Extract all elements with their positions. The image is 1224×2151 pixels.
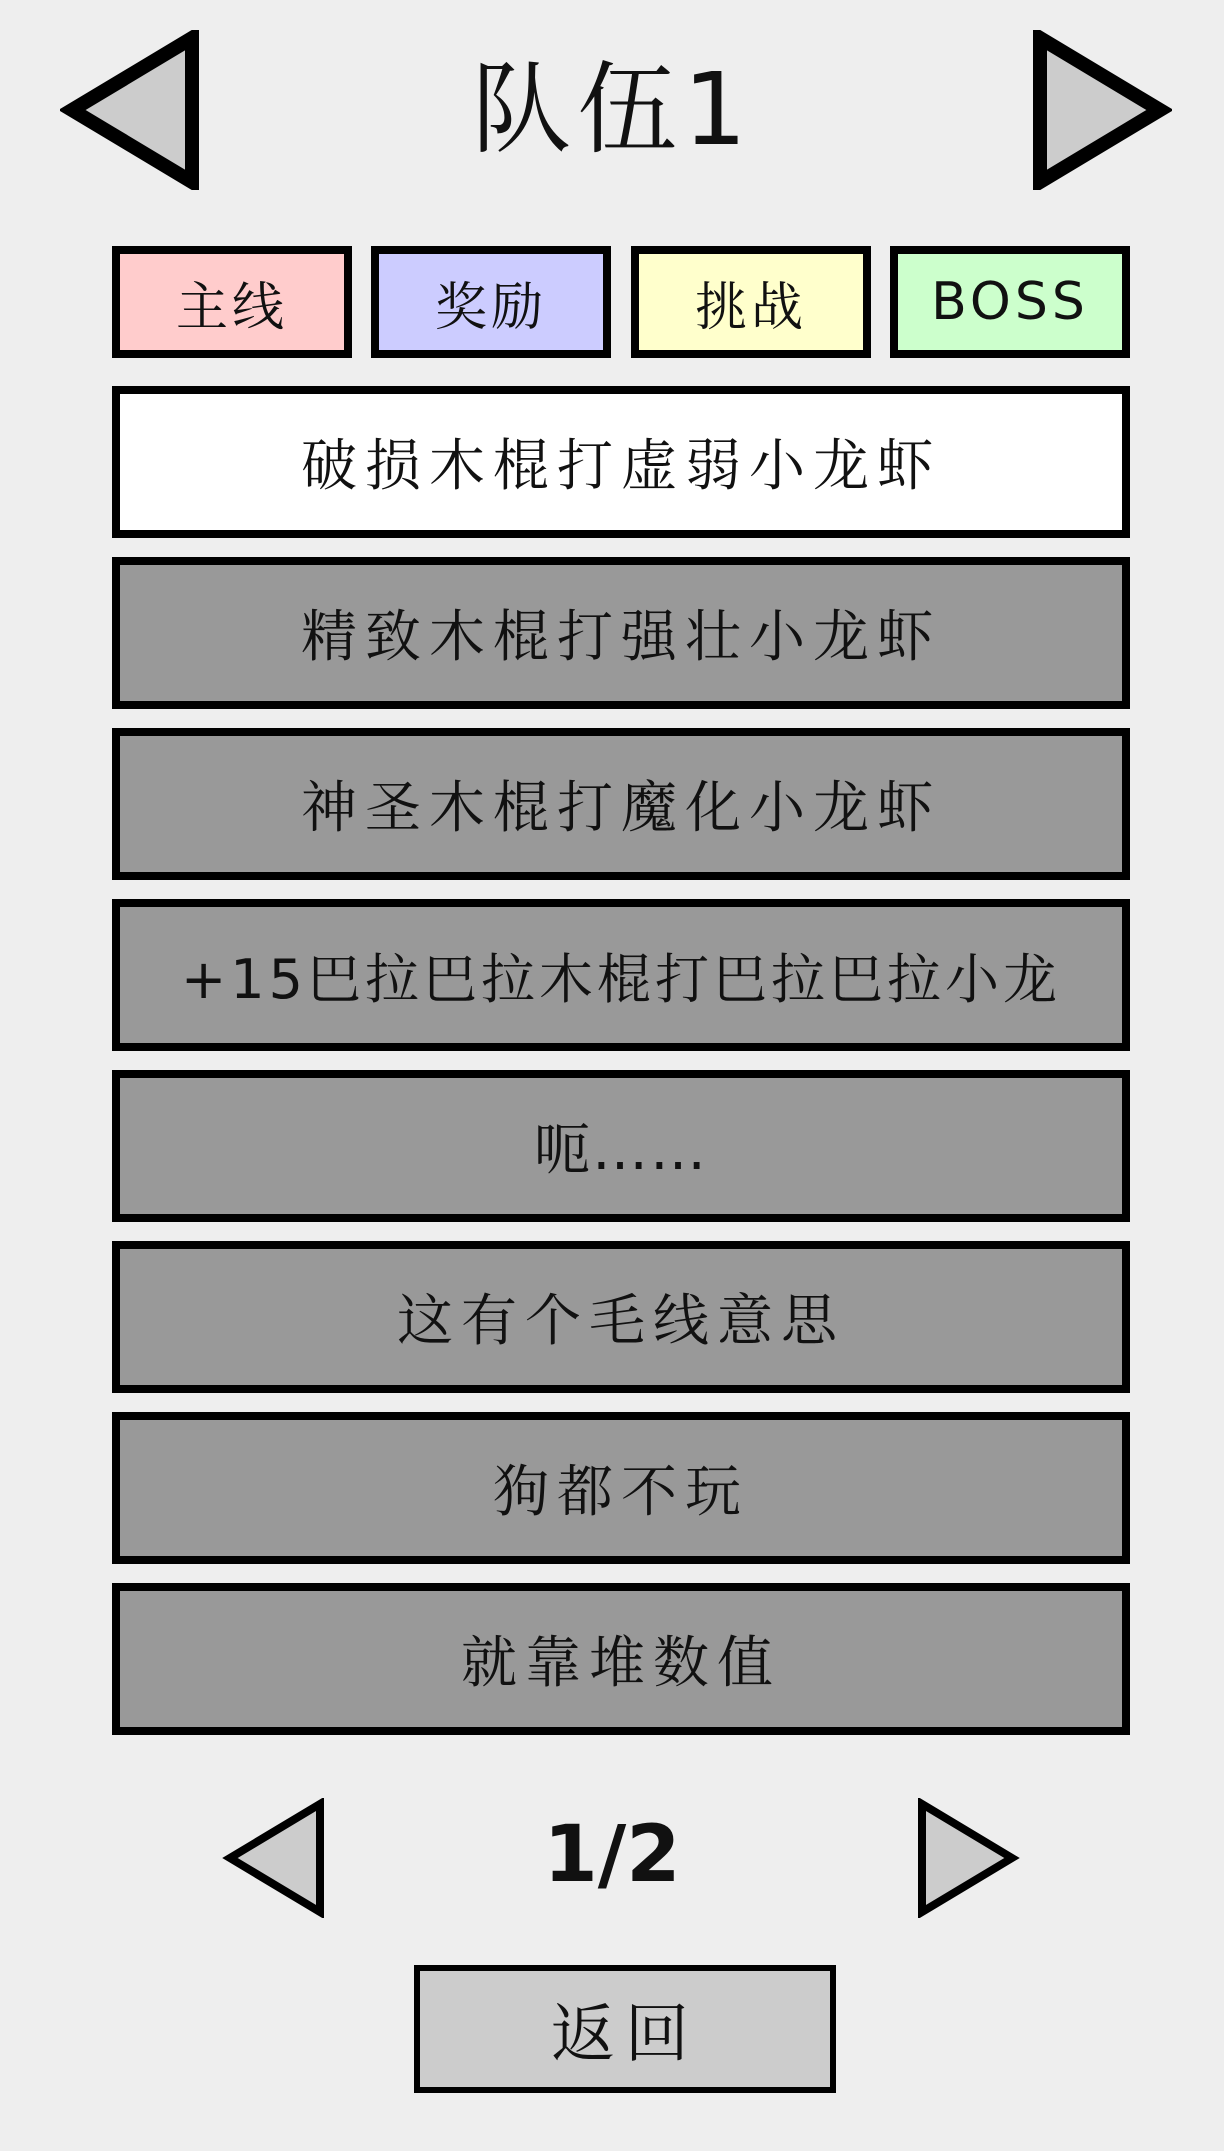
level-item[interactable]: 精致木棍打强壮小龙虾 [112,557,1130,709]
triangle-left-icon [222,1798,328,1918]
level-item[interactable]: 这有个毛线意思 [112,1241,1130,1393]
triangle-right-icon [914,1798,1020,1918]
tab-main[interactable]: 主线 [112,246,352,358]
level-item[interactable]: 破损木棍打虚弱小龙虾 [112,386,1130,538]
team-title: 队伍1 [300,40,924,180]
level-item[interactable]: +15巴拉巴拉木棍打巴拉巴拉小龙 [112,899,1130,1051]
tab-challenge[interactable]: 挑战 [631,246,871,358]
prev-team-button[interactable] [60,30,202,190]
tab-boss[interactable]: BOSS [890,246,1130,358]
back-button[interactable]: 返回 [414,1965,836,2093]
page-indicator: 1/2 [512,1800,712,1910]
triangle-right-icon [1030,30,1172,190]
category-tabs: 主线 奖励 挑战 BOSS [112,246,1130,358]
next-page-button[interactable] [914,1798,1020,1918]
level-item[interactable]: 神圣木棍打魔化小龙虾 [112,728,1130,880]
header: 队伍1 [0,0,1224,210]
pagination: 1/2 [0,1790,1224,1920]
level-item[interactable]: 呃…… [112,1070,1130,1222]
prev-page-button[interactable] [222,1798,328,1918]
level-item[interactable]: 狗都不玩 [112,1412,1130,1564]
next-team-button[interactable] [1030,30,1172,190]
triangle-left-icon [60,30,202,190]
level-item[interactable]: 就靠堆数值 [112,1583,1130,1735]
tab-reward[interactable]: 奖励 [371,246,611,358]
